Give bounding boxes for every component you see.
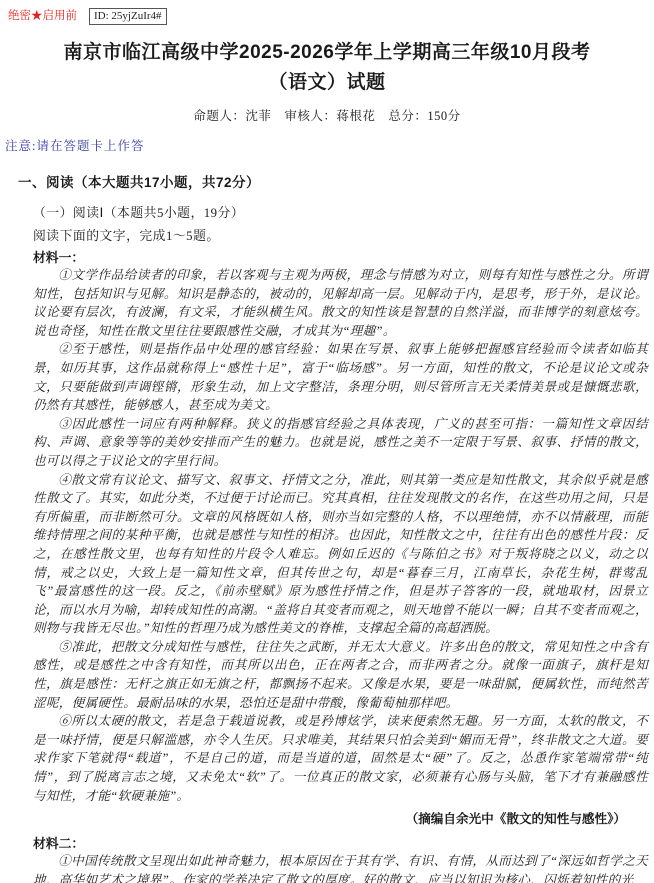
- exam-paper-page: 绝密★启用前 ID: 25yjZuIr4# 南京市临江高级中学2025-2026…: [0, 0, 654, 883]
- material1-label: 材料一：: [33, 247, 654, 266]
- reading-instruction: 阅读下面的文字，完成1～5题。: [33, 225, 654, 244]
- top-classification-bar: 绝密★启用前 ID: 25yjZuIr4#: [0, 0, 654, 25]
- material1-paragraph-5: ⑤准此，把散文分成知性与感性，往往失之武断，并无太大意义。许多出色的散文，常见知…: [33, 638, 648, 712]
- material2-paragraph-1: ①中国传统散文呈现出如此神奇魅力，根本原因在于其有学、有识、有情，从而达到了“深…: [33, 852, 648, 883]
- classification-label: 绝密★启用前: [8, 9, 77, 24]
- material1-paragraph-4: ④散文常有议论文、描写文、叙事文、抒情文之分，准此，则其第一类应是知性散文，其余…: [33, 471, 648, 638]
- paper-id-badge: ID: 25yjZuIr4#: [89, 8, 167, 25]
- material1-paragraph-6: ⑥所以太硬的散文，若是急于载道说教，或是矜博炫学，读来便索然无趣。另一方面，太软…: [33, 712, 648, 805]
- answer-sheet-notice: 注意:请在答题卡上作答: [5, 136, 654, 154]
- paper-credits: 命题人：沈菲 审核人：蒋根花 总分：150分: [0, 106, 654, 124]
- material1-paragraph-1: ①文学作品给读者的印象，若以客观与主观为两极，理念与情感为对立，则每有知性与感性…: [33, 266, 648, 340]
- paper-title-line1: 南京市临江高级中学2025-2026学年上学期高三年级10月段考: [30, 38, 624, 67]
- material1-paragraph-3: ③因此感性一词应有两种解释。狭义的指感官经验之具体表现，广义的甚至可指：一篇知性…: [33, 415, 648, 471]
- material2-label: 材料二：: [33, 833, 654, 852]
- subsection-heading-reading1: （一）阅读Ⅰ（本题共5小题，19分）: [33, 202, 654, 221]
- paper-title-line2: （语文）试题: [30, 68, 624, 97]
- section-heading-reading: 一、阅读（本大题共17小题，共72分）: [18, 171, 654, 191]
- material1-attribution: （摘编自余光中《散文的知性与感性》）: [0, 808, 626, 827]
- material1-paragraph-2: ②至于感性，则是指作品中处理的感官经验：如果在写景、叙事上能够把握感官经验而令读…: [33, 340, 648, 414]
